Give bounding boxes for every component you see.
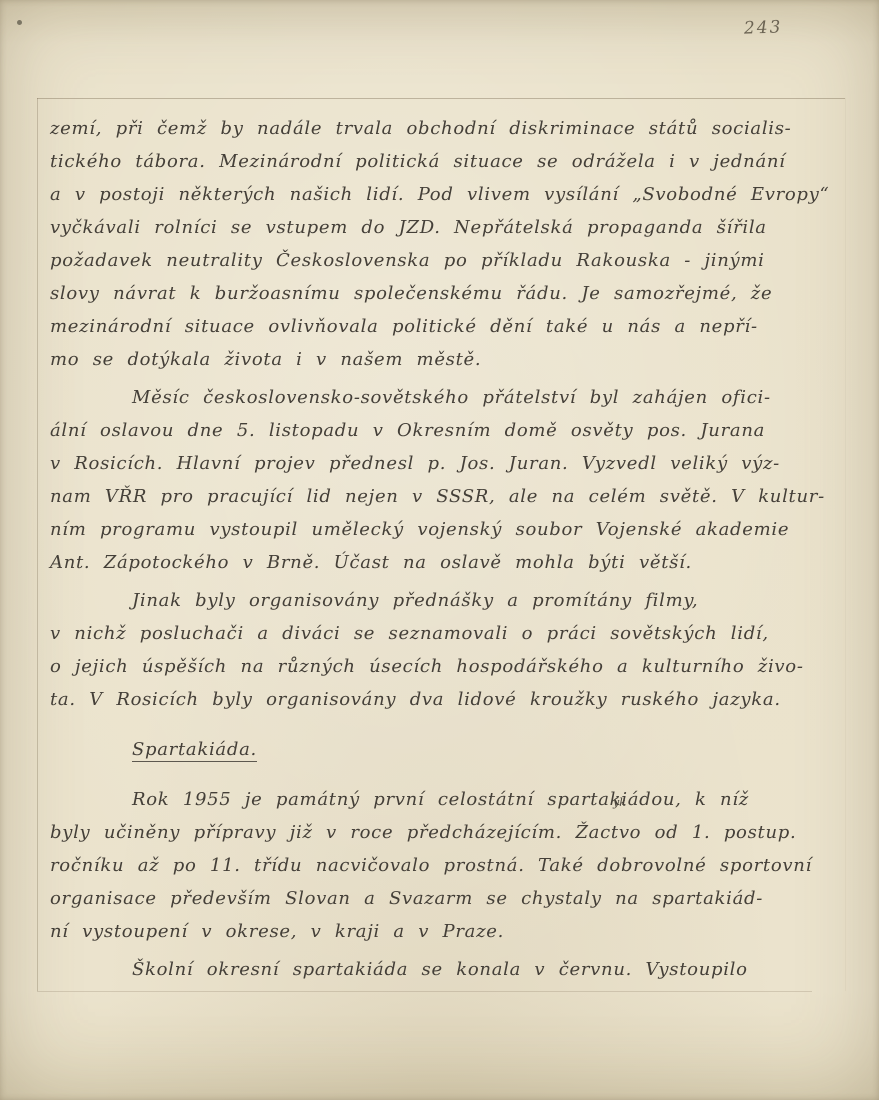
handwritten-line: organisace především Slovan a Svazarm se… [50,882,848,915]
handwritten-line: ním programu vystoupil umělecký vojenský… [50,513,848,546]
handwritten-line: požadavek neutrality Československa po p… [50,244,848,277]
handwritten-line: Měsíc československo-sovětského přátelst… [50,381,848,414]
handwritten-line: ta. V Rosicích byly organisovány dva lid… [50,683,848,716]
handwritten-line: mezinárodní situace ovlivňovala politick… [50,310,848,343]
handwritten-line: ní vystoupení v okrese, v kraji a v Praz… [50,915,848,948]
handwritten-line: slovy návrat k buržoasnímu společenskému… [50,277,848,310]
inserted-correction-mark: ýk [613,796,626,809]
page-number: 243 [744,17,783,38]
handwritten-line: mo se dotýkala života i v našem městě. [50,343,848,376]
margin-rule-left [37,98,38,991]
section-heading-text: Spartakiáda. [132,739,257,762]
handwritten-line: Jinak byly organisovány přednášky a prom… [50,584,848,617]
ink-speck [17,20,22,25]
handwritten-line: ální oslavou dne 5. listopadu v Okresním… [50,414,848,447]
handwritten-line: byly učiněny přípravy již v roce předchá… [50,816,848,849]
handwritten-line: Rok 1955 je památný první celostátní spa… [50,783,848,816]
handwritten-line: v nichž posluchači a diváci se seznamova… [50,617,848,650]
handwritten-line: zemí, při čemž by nadále trvala obchodní… [50,112,848,145]
handwriting: zemí, při čemž by nadále trvala obchodní… [50,112,848,986]
margin-rule-bottom [37,991,812,992]
handwritten-line: v Rosicích. Hlavní projev přednesl p. Jo… [50,447,848,480]
handwritten-line: ročníku až po 11. třídu nacvičovalo pros… [50,849,848,882]
section-heading: Spartakiáda. [50,733,848,766]
handwritten-line: vyčkávali rolníci se vstupem do JZD. Nep… [50,211,848,244]
chronicle-page-scan: 243 zemí, při čemž by nadále trvala obch… [0,0,879,1100]
handwritten-line: nam VŘR pro pracující lid nejen v SSSR, … [50,480,848,513]
margin-rule-top [37,98,845,99]
handwritten-line: Školní okresní spartakiáda se konala v č… [50,953,848,986]
handwritten-line: Ant. Zápotockého v Brně. Účast na oslavě… [50,546,848,579]
handwritten-line: o jejich úspěších na různých úsecích hos… [50,650,848,683]
handwritten-line: tického tábora. Mezinárodní politická si… [50,145,848,178]
handwritten-line: a v postoji některých našich lidí. Pod v… [50,178,848,211]
